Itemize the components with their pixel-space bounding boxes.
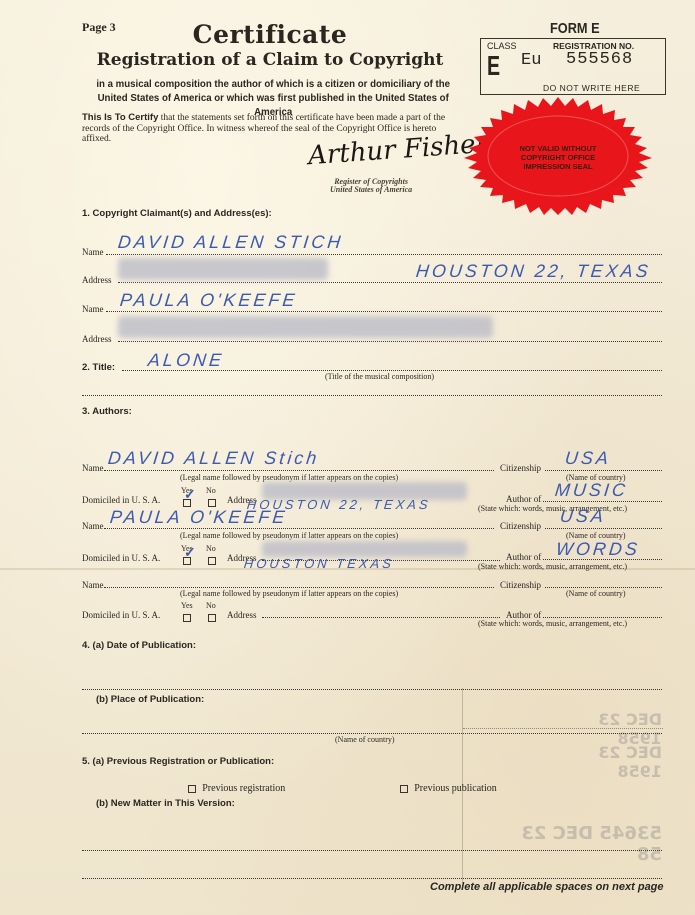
seal-text: NOT VALID WITHOUT COPYRIGHT OFFICE IMPRE…: [462, 144, 654, 171]
claimant2-address-label: Address: [82, 334, 112, 344]
author3-author-of-field[interactable]: [543, 617, 662, 618]
author3-name-field[interactable]: [104, 587, 494, 588]
redacted-address: [262, 541, 467, 557]
author3-address-label: Address: [227, 610, 257, 620]
author3-address-field[interactable]: [262, 617, 500, 618]
author3-domiciled-yes-checkbox[interactable]: [183, 609, 191, 627]
author3-author-of-caption: (State which: words, music, arrangement,…: [478, 619, 627, 628]
author3-domiciled-no-checkbox[interactable]: [208, 609, 216, 627]
class-value: E: [487, 50, 500, 82]
author2-citizenship-label: Citizenship: [500, 521, 541, 531]
form-label: FORM E: [550, 20, 600, 37]
checkmark-icon: ✓: [184, 487, 196, 504]
author2-name-caption: (Legal name followed by pseudonym if lat…: [180, 531, 398, 540]
claimant1-name-field[interactable]: DAVID ALLEN STICH: [117, 232, 345, 253]
class-suffix: Eu: [521, 51, 541, 70]
author3-citizenship-label: Citizenship: [500, 580, 541, 590]
certify-lead: This Is To Certify: [82, 112, 158, 123]
signature-caption: Register of Copyrights United States of …: [330, 178, 412, 194]
previous-registration-option[interactable]: Previous registration: [188, 783, 285, 794]
fee-number-stamp: 53645 DEC 23 58: [491, 823, 662, 865]
author2-address-field[interactable]: HOUSTON TEXAS: [243, 556, 395, 571]
author2-domiciled-label: Domiciled in U. S. A.: [82, 553, 160, 563]
new-matter-field[interactable]: [82, 850, 662, 851]
author2-name-label: Name: [82, 521, 104, 531]
author3-citizenship-field[interactable]: [545, 587, 662, 588]
checkmark-icon: ✓: [184, 545, 196, 562]
author1-author-of-field[interactable]: MUSIC: [554, 480, 629, 501]
author3-citizenship-caption: (Name of country): [566, 589, 626, 598]
section4b-heading: (b) Place of Publication:: [96, 694, 204, 705]
claimant2-name-label: Name: [82, 304, 104, 314]
section1-heading: 1. Copyright Claimant(s) and Address(es)…: [82, 208, 272, 219]
registration-number: 555568: [566, 50, 633, 69]
author2-author-of-caption: (State which: words, music, arrangement,…: [478, 562, 627, 571]
do-not-write-note: DO NOT WRITE HERE: [543, 83, 640, 93]
title-caption: (Title of the musical composition): [325, 372, 434, 381]
place-country-caption: (Name of country): [335, 735, 395, 744]
author1-domiciled-label: Domiciled in U. S. A.: [82, 495, 160, 505]
claimant2-name-field[interactable]: PAULA O'KEEFE: [119, 290, 299, 311]
footer-note: Complete all applicable spaces on next p…: [430, 881, 664, 893]
copies-date-stamp: DEC 23 1958: [581, 743, 662, 781]
redacted-address: [118, 316, 493, 338]
certificate-title: Certificate: [0, 20, 540, 49]
author2-author-of-label: Author of: [506, 552, 541, 562]
previous-publication-checkbox[interactable]: [400, 785, 408, 793]
section4a-heading: 4. (a) Date of Publication:: [82, 640, 196, 651]
title-field[interactable]: ALONE: [147, 350, 225, 371]
impression-seal: NOT VALID WITHOUT COPYRIGHT OFFICE IMPRE…: [462, 97, 654, 215]
signature-caption-line2: United States of America: [330, 186, 412, 194]
registration-box: CLASS REGISTRATION NO. E Eu 555568 DO NO…: [480, 38, 666, 95]
author1-author-of-label: Author of: [506, 494, 541, 504]
previous-publication-option[interactable]: Previous publication: [400, 783, 497, 794]
publication-place-field[interactable]: [82, 733, 662, 734]
author2-author-of-field[interactable]: WORDS: [555, 539, 641, 560]
redacted-address: [118, 258, 328, 280]
author2-name-field[interactable]: PAULA O'KEEFE: [109, 507, 289, 528]
author1-name-field[interactable]: DAVID ALLEN Stich: [107, 448, 321, 469]
author3-domiciled-label: Domiciled in U. S. A.: [82, 610, 160, 620]
previous-registration-checkbox[interactable]: [188, 785, 196, 793]
author2-domiciled-no-checkbox[interactable]: [208, 552, 216, 570]
author2-citizenship-field[interactable]: USA: [559, 506, 607, 527]
section5b-heading: (b) New Matter in This Version:: [96, 798, 235, 809]
author1-name-label: Name: [82, 463, 104, 473]
section3-heading: 3. Authors:: [82, 406, 132, 417]
section2-heading: 2. Title:: [82, 362, 115, 373]
claimant1-address-label: Address: [82, 275, 112, 285]
author3-name-caption: (Legal name followed by pseudonym if lat…: [180, 589, 398, 598]
section5a-heading: 5. (a) Previous Registration or Publicat…: [82, 756, 274, 767]
claimant1-name-label: Name: [82, 247, 104, 257]
author1-citizenship-label: Citizenship: [500, 463, 541, 473]
author3-name-label: Name: [82, 580, 104, 590]
claimant1-address-field[interactable]: HOUSTON 22, TEXAS: [415, 261, 652, 282]
certificate-subtitle: Registration of a Claim to Copyright: [0, 50, 540, 70]
author1-citizenship-field[interactable]: USA: [564, 448, 612, 469]
author1-name-caption: (Legal name followed by pseudonym if lat…: [180, 473, 398, 482]
